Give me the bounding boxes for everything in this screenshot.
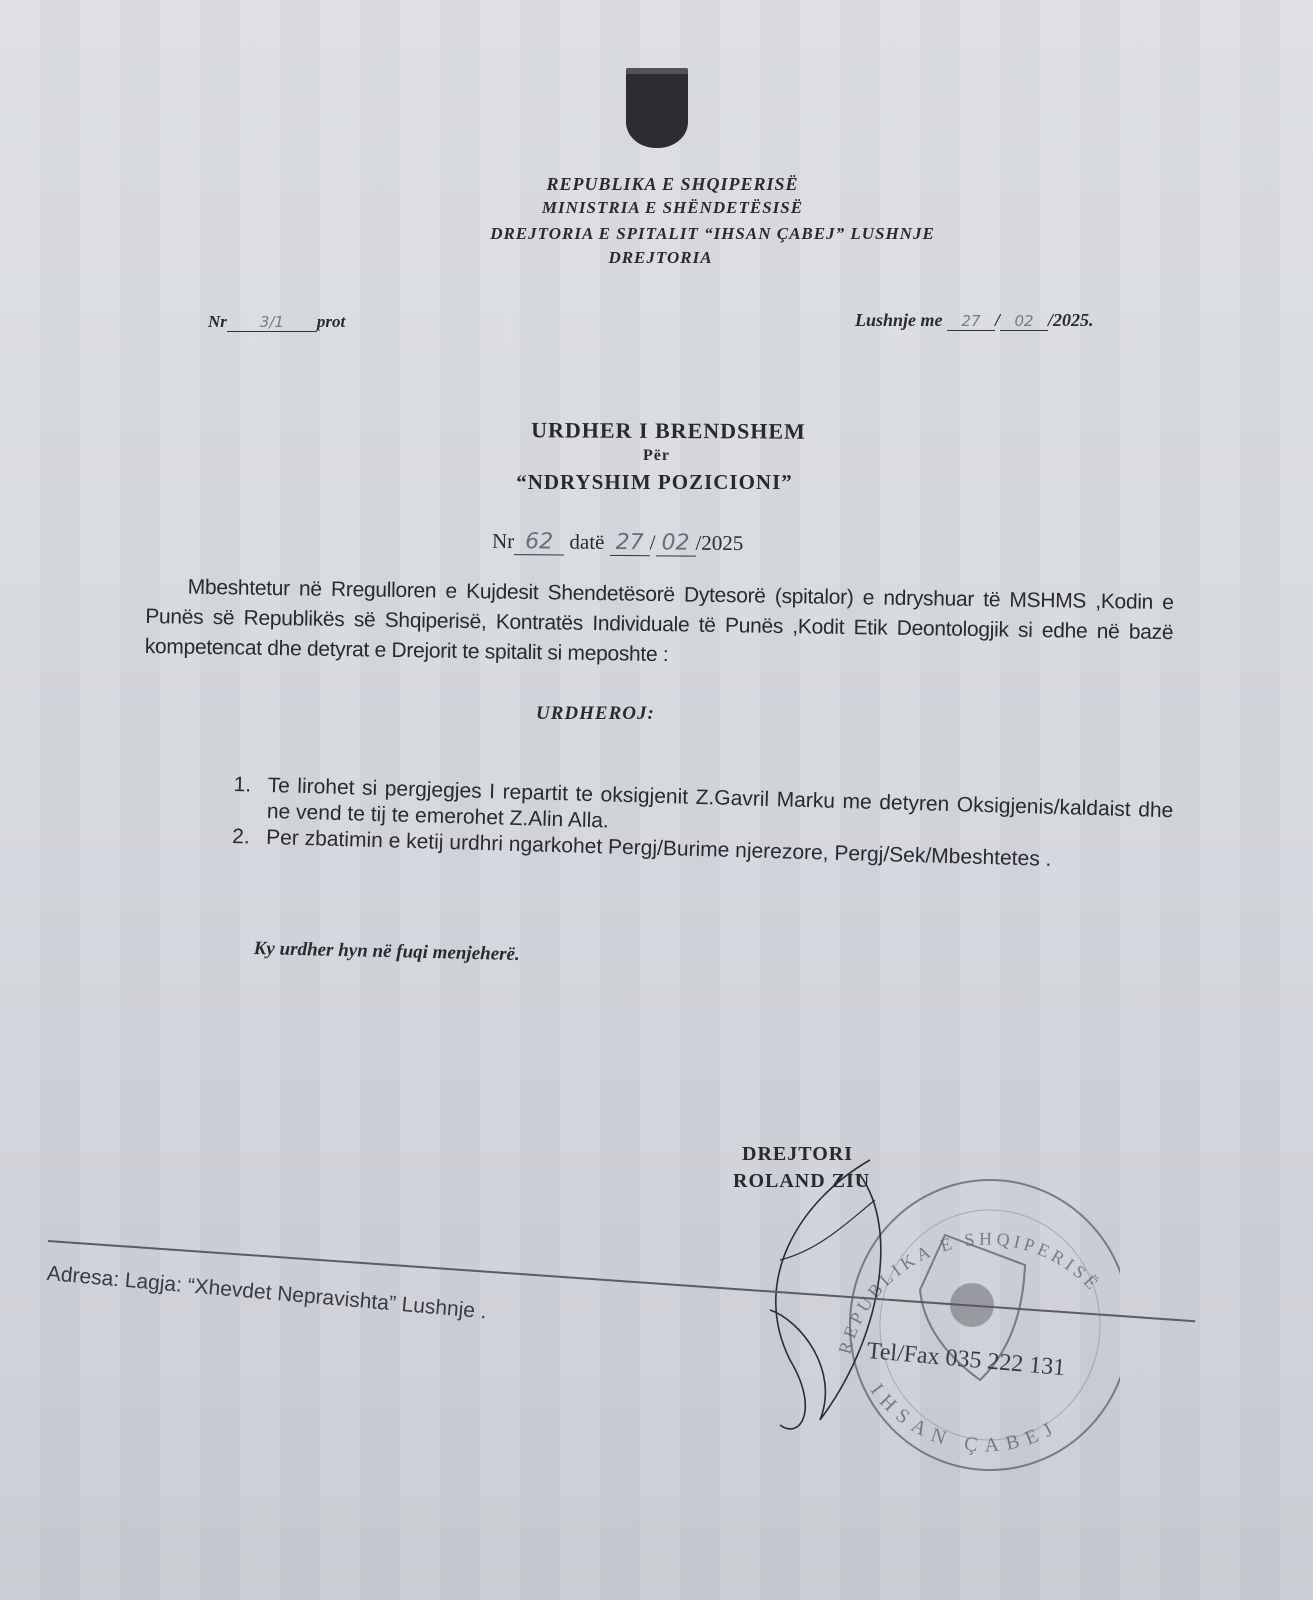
order-nr-label: Nr [492, 529, 514, 553]
signer-title: DREJTORI [742, 1143, 853, 1166]
svg-text:REPUBLIKA E SHQIPERISË: REPUBLIKA E SHQIPERISË [834, 1229, 1104, 1356]
order-date-month: 02 [655, 530, 695, 556]
place-label: Lushnje me [855, 310, 943, 330]
legal-basis-text: Mbeshtetur në Rregulloren e Kujdesit She… [145, 576, 1174, 667]
date-day: 27 [947, 312, 995, 331]
footer-telfax: Tel/Fax 035 222 131 [866, 1338, 1067, 1382]
header-hospital: DREJTORIA E SPITALIT “IHSAN ÇABEJ” LUSHN… [56, 224, 1313, 244]
date-year: /2025. [1048, 310, 1094, 330]
order-date-day: 27 [610, 530, 650, 556]
date-month: 02 [1000, 312, 1048, 331]
protocol-nr-value: 3/1 [227, 313, 317, 332]
order-nr-value: 62 [514, 529, 564, 555]
header-ministry: MINISTRIA E SHËNDETËSISË [16, 198, 1313, 218]
header-republic: REPUBLIKA E SHQIPERISË [16, 174, 1313, 195]
order-number: Nr62 datë 27/02/2025 [492, 529, 744, 557]
signer-name: ROLAND ZIU [733, 1170, 870, 1193]
document-title: URDHER I BRENDSHEM [12, 415, 1313, 448]
item-number: 2. [232, 824, 267, 851]
place-and-date: Lushnje me 27/02/2025. [855, 310, 1094, 331]
legal-basis-paragraph: Mbeshtetur në Rregulloren e Kujdesit She… [145, 572, 1174, 678]
item-number: 1. [233, 772, 268, 825]
protocol-nr-label: Nr [208, 312, 227, 331]
protocol-prot-label: prot [317, 312, 345, 331]
footer-address: Adresa: Lagja: “Xhevdet Nepravishta” Lus… [46, 1262, 488, 1324]
header-directorate: DREJTORIA [4, 248, 1313, 268]
effective-statement: Ky urdher hyn në fuqi menjeherë. [254, 938, 520, 966]
order-date-year: /2025 [695, 531, 743, 555]
order-items-list: 1. Te lirohet si pergjegjes I repartit t… [232, 772, 1174, 876]
stamp-bottom-text: IHSAN ÇABEJ [866, 1380, 1064, 1457]
stamp-top-text: REPUBLIKA E SHQIPERISË [834, 1229, 1104, 1356]
ordain-heading: URDHEROJ: [536, 703, 655, 725]
svg-text:IHSAN ÇABEJ: IHSAN ÇABEJ [866, 1380, 1064, 1457]
document-subject: “NDRYSHIM POZICIONI” [0, 470, 1311, 495]
order-date-label: datë [569, 530, 604, 554]
coat-of-arms-icon [626, 68, 688, 148]
document-title-for: Për [0, 447, 1313, 465]
protocol-number: Nr3/1prot [208, 312, 345, 332]
